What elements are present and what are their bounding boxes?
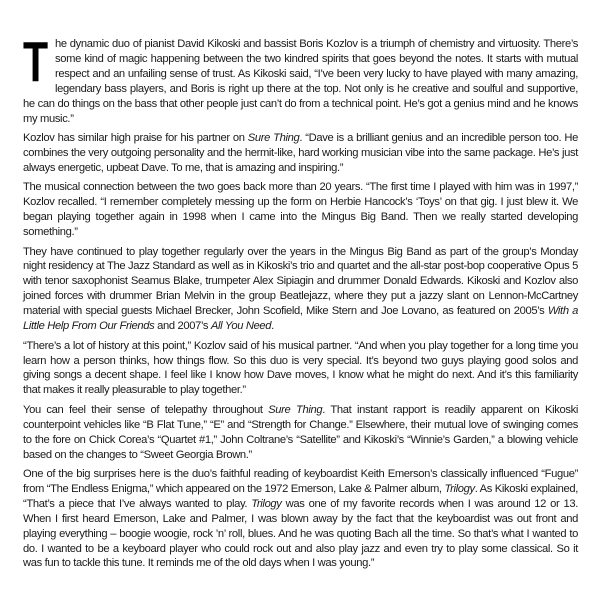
paragraph-4: They have continued to play together reg…	[23, 245, 578, 334]
drop-cap: T	[23, 40, 42, 84]
paragraph-6: You can feel their sense of telepathy th…	[23, 403, 578, 463]
paragraph-7: One of the big surprises here is the duo…	[23, 467, 578, 571]
paragraph-5: “There’s a lot of history at this point,…	[23, 339, 578, 399]
text: You can feel their sense of telepathy th…	[23, 404, 268, 416]
liner-notes-page: The dynamic duo of pianist David Kikoski…	[0, 0, 599, 594]
text: .	[271, 320, 274, 332]
paragraph-2: Kozlov has similar high praise for his p…	[23, 131, 578, 176]
paragraph-1-text: he dynamic duo of pianist David Kikoski …	[23, 38, 578, 125]
text: They have continued to play together reg…	[23, 246, 578, 318]
album-title: Trilogy	[251, 498, 281, 510]
text: and 2007’s	[154, 320, 211, 332]
paragraph-1: The dynamic duo of pianist David Kikoski…	[23, 37, 578, 126]
album-title: Sure Thing	[248, 132, 300, 144]
paragraph-3: The musical connection between the two g…	[23, 180, 578, 240]
album-title: Sure Thing	[268, 404, 322, 416]
album-title: Trilogy	[444, 483, 474, 495]
album-title: All You Need	[211, 320, 271, 332]
text: Kozlov has similar high praise for his p…	[23, 132, 248, 144]
article-body: The dynamic duo of pianist David Kikoski…	[23, 37, 578, 576]
